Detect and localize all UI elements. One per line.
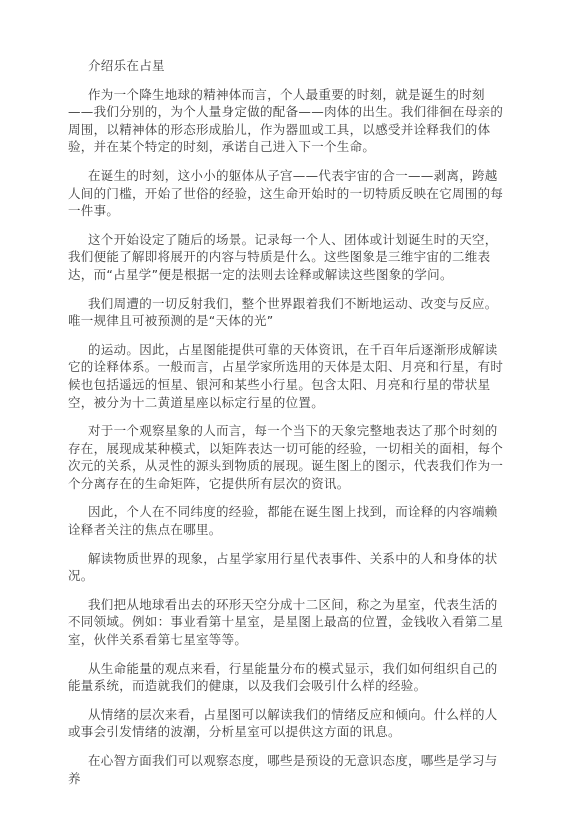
paragraph: 我们把从地球看出去的环形天空分成十二区间，称之为星室，代表生活的不同领域。例如：… [68, 596, 508, 649]
paragraph: 作为一个降生地球的精神体而言，个人最重要的时刻，就是诞生的时刻——我们分别的，为… [68, 86, 508, 156]
paragraph: 因此，个人在不同纬度的经验，都能在诞生图上找到，而诠释的内容端赖诠释者关注的焦点… [68, 503, 508, 538]
document-page: 介绍乐在占星 作为一个降生地球的精神体而言，个人最重要的时刻，就是诞生的时刻——… [0, 0, 574, 819]
paragraph: 对于一个观察星象的人而言，每一个当下的天象完整地表达了那个时刻的存在，展现成某种… [68, 422, 508, 492]
document-title: 介绍乐在占星 [68, 57, 508, 75]
paragraph: 我们周遭的一切反射我们，整个世界跟着我们不断地运动、改变与反应。唯一规律且可被预… [68, 295, 508, 330]
paragraph: 在心智方面我们可以观察态度，哪些是预设的无意识态度，哪些是学习与养 [68, 752, 508, 787]
paragraph: 这个开始设定了随后的场景。记录每一个人、团体或计划诞生时的天空，我们便能了解即将… [68, 231, 508, 284]
paragraph: 在诞生的时刻，这小小的躯体从子宫——代表宇宙的合一——剥离，跨越人间的门槛，开始… [68, 167, 508, 220]
paragraph: 解读物质世界的现象，占星学家用行星代表事件、关系中的人和身体的状况。 [68, 550, 508, 585]
paragraph: 的运动。因此，占星图能提供可靠的天体资讯，在千百年后逐渐形成解读它的诠释体系。一… [68, 341, 508, 411]
paragraph: 从情绪的层次来看，占星图可以解读我们的情绪反应和倾向。什么样的人或事会引发情绪的… [68, 706, 508, 741]
paragraph: 从生命能量的观点来看，行星能量分布的模式显示，我们如何组织自己的能量系统，而造就… [68, 660, 508, 695]
